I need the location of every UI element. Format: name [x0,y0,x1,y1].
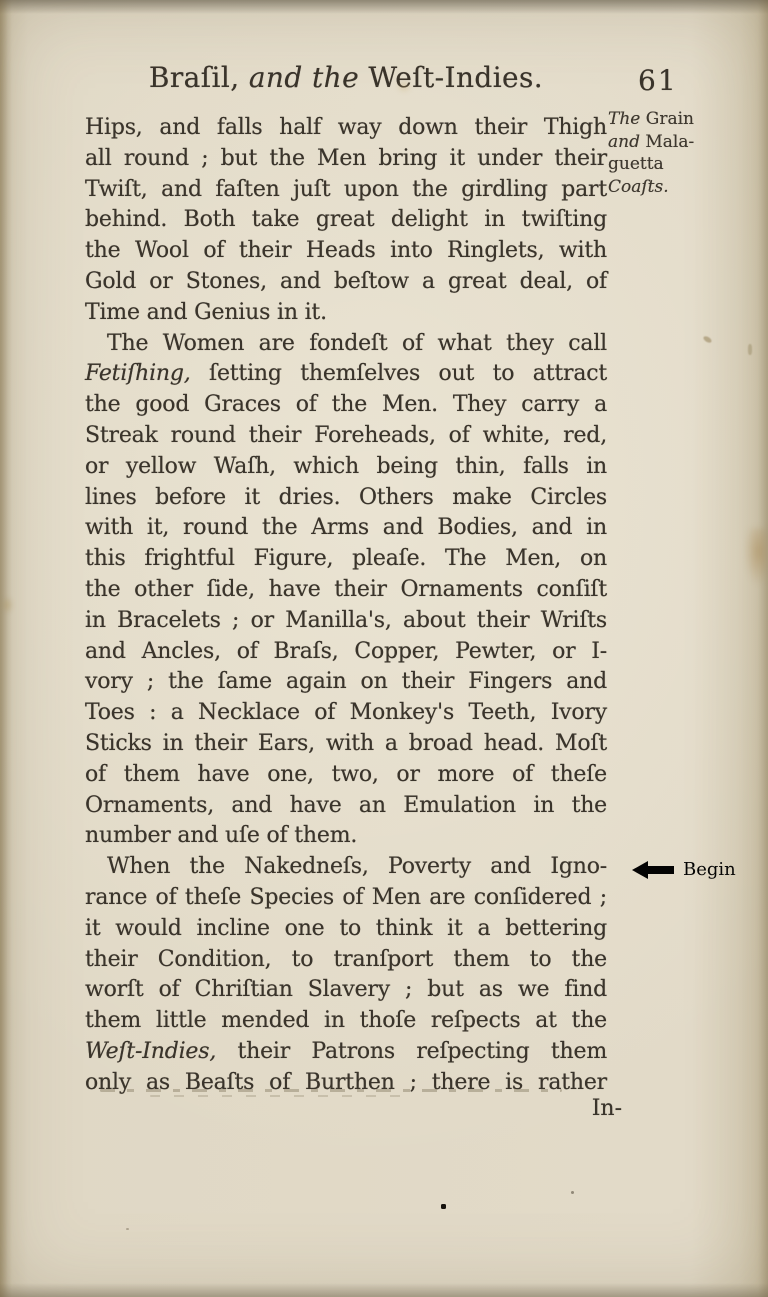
margin-note-line: guetta [608,153,760,176]
body-line-segment: ſetting themſelves out to attract [191,361,607,386]
body-line-segment: rance of theſe Species of Men are conſid… [85,885,607,910]
header-title-segment: Braſil, [149,61,249,94]
body-line: and Ancles, of Braſs, Copper, Pewter, or… [85,637,607,668]
body-line-segment: When the Nakedneſs, Poverty and Igno- [107,854,607,879]
ink-dot [441,1204,446,1209]
body-line-segment: Twiſt, and faſten juſt upon the girdling… [85,177,607,202]
margin-note-line: Coaſts. [608,176,760,199]
body-line-segment: Time and Genius in it. [85,300,327,325]
body-line-segment: Ornaments, and have an Emulation in the [85,793,607,818]
body-line: worſt of Chriſtian Slavery ; but as we f… [85,975,607,1006]
left-arrow-icon [632,861,648,879]
body-line-segment: the other ſide, have their Ornaments con… [85,577,607,602]
margin-note-segment: guetta [608,154,664,174]
margin-note-segment: and [608,132,640,152]
body-line: number and uſe of them. [85,821,607,852]
body-line-segment: all round ; but the Men bring it under t… [85,146,607,171]
margin-note-segment: Grain [640,109,694,129]
body-line: or yellow Waſh, which being thin, falls … [85,452,607,483]
body-line-segment: them little mended in thoſe reſpects at … [85,1008,607,1033]
body-line: Sticks in their Ears, with a broad head.… [85,729,607,760]
catchword: In- [85,1096,622,1121]
page-edge-shadow-bottom [0,1283,768,1297]
body-line-segment: it would incline one to think it a bette… [85,916,607,941]
body-line: rance of theſe Species of Men are conſid… [85,883,607,914]
body-line-segment: their Patrons reſpecting them [216,1039,607,1064]
body-line: their Condition, to tranſport them to th… [85,945,607,976]
body-line: Twiſt, and faſten juſt upon the girdling… [85,175,607,206]
body-line-segment: of them have one, two, or more of theſe [85,762,607,787]
body-line-segment: lines before it dries. Others make Circl… [85,485,607,510]
body-line: When the Nakedneſs, Poverty and Igno- [85,852,607,883]
begin-annotation: Begin [632,860,736,880]
margin-note-line: The Grain [608,108,760,131]
body-line: Weſt-Indies, their Patrons reſpecting th… [85,1037,607,1068]
margin-note: The Grainand Mala-guettaCoaſts. [608,108,760,198]
body-line: the good Graces of the Men. They carry a [85,390,607,421]
body-line-segment: Hips, and falls half way down their Thig… [85,115,607,140]
body-line: behind. Both take great delight in twiſt… [85,205,607,236]
body-line: vory ; the ſame again on their Fingers a… [85,667,607,698]
body-text: Hips, and falls half way down their Thig… [85,113,607,1099]
body-line: Ornaments, and have an Emulation in the [85,791,607,822]
margin-note-segment: The [608,109,640,129]
body-line-segment: in Bracelets ; or Manilla's, about their… [85,608,607,633]
body-line: the other ſide, have their Ornaments con… [85,575,607,606]
body-line-segment: the Wool of their Heads into Ringlets, w… [85,238,607,263]
body-line-segment: their Condition, to tranſport them to th… [85,947,607,972]
body-line: Toes : a Necklace of Monkey's Teeth, Ivo… [85,698,607,729]
body-line: with it, round the Arms and Bodies, and … [85,513,607,544]
body-line-segment: behind. Both take great delight in twiſt… [85,207,607,232]
body-line: all round ; but the Men bring it under t… [85,144,607,175]
body-line: only as Beaſts of Burthen ; there is rat… [85,1068,607,1099]
body-line: The Women are fondeſt of what they call [85,329,607,360]
margin-note-line: and Mala- [608,131,760,154]
body-line: this frightful Figure, pleaſe. The Men, … [85,544,607,575]
body-line-segment: this frightful Figure, pleaſe. The Men, … [85,546,607,571]
body-line-segment: vory ; the ſame again on their Fingers a… [85,669,607,694]
paper-fleck [702,335,712,344]
body-line-segment: Gold or Stones, and beſtow a great deal,… [85,269,607,294]
margin-note-segment: Mala- [640,132,694,152]
running-header: Braſil, and the Weſt-Indies. [85,60,607,96]
body-line-segment: Sticks in their Ears, with a broad head.… [85,731,607,756]
body-line-segment: Fetiſhing, [85,361,191,386]
body-line: Streak round their Foreheads, of white, … [85,421,607,452]
body-line: the Wool of their Heads into Ringlets, w… [85,236,607,267]
body-line: Gold or Stones, and beſtow a great deal,… [85,267,607,298]
page-edge-shadow-top [0,0,768,14]
body-line: them little mended in thoſe reſpects at … [85,1006,607,1037]
paper-speck [126,1228,129,1230]
body-line-segment: Streak round their Foreheads, of white, … [85,423,607,448]
body-line-segment: with it, round the Arms and Bodies, and … [85,515,607,540]
body-line: Fetiſhing, ſetting themſelves out to att… [85,359,607,390]
left-arrow-tail [648,866,674,874]
body-line: Time and Genius in it. [85,298,607,329]
body-line-segment: the good Graces of the Men. They carry a [85,392,607,417]
body-line: in Bracelets ; or Manilla's, about their… [85,606,607,637]
header-title-segment: Weſt-Indies. [359,61,543,94]
body-line-segment: worſt of Chriſtian Slavery ; but as we f… [85,977,607,1002]
page-edge-shadow-left [0,0,12,1297]
body-line-segment: only as Beaſts of Burthen ; there is rat… [85,1070,607,1095]
paper-fleck [748,344,752,355]
body-line: lines before it dries. Others make Circl… [85,483,607,514]
scanned-book-page: Braſil, and the Weſt-Indies. 61 The Grai… [0,0,768,1297]
body-line: Hips, and falls half way down their Thig… [85,113,607,144]
body-line: of them have one, two, or more of theſe [85,760,607,791]
page-number: 61 [638,64,678,97]
body-line-segment: Toes : a Necklace of Monkey's Teeth, Ivo… [85,700,607,725]
body-line-segment: and Ancles, of Braſs, Copper, Pewter, or… [85,639,607,664]
body-line-segment: or yellow Waſh, which being thin, falls … [85,454,607,479]
paper-speck [571,1191,574,1194]
body-line: it would incline one to think it a bette… [85,914,607,945]
body-line-segment: number and uſe of them. [85,823,357,848]
body-line-segment: The Women are fondeſt of what they call [107,331,607,356]
body-line-segment: Weſt-Indies, [85,1039,216,1064]
annotation-label: Begin [683,860,736,880]
header-title-segment: and the [249,61,359,94]
margin-note-segment: Coaſts. [608,177,669,197]
